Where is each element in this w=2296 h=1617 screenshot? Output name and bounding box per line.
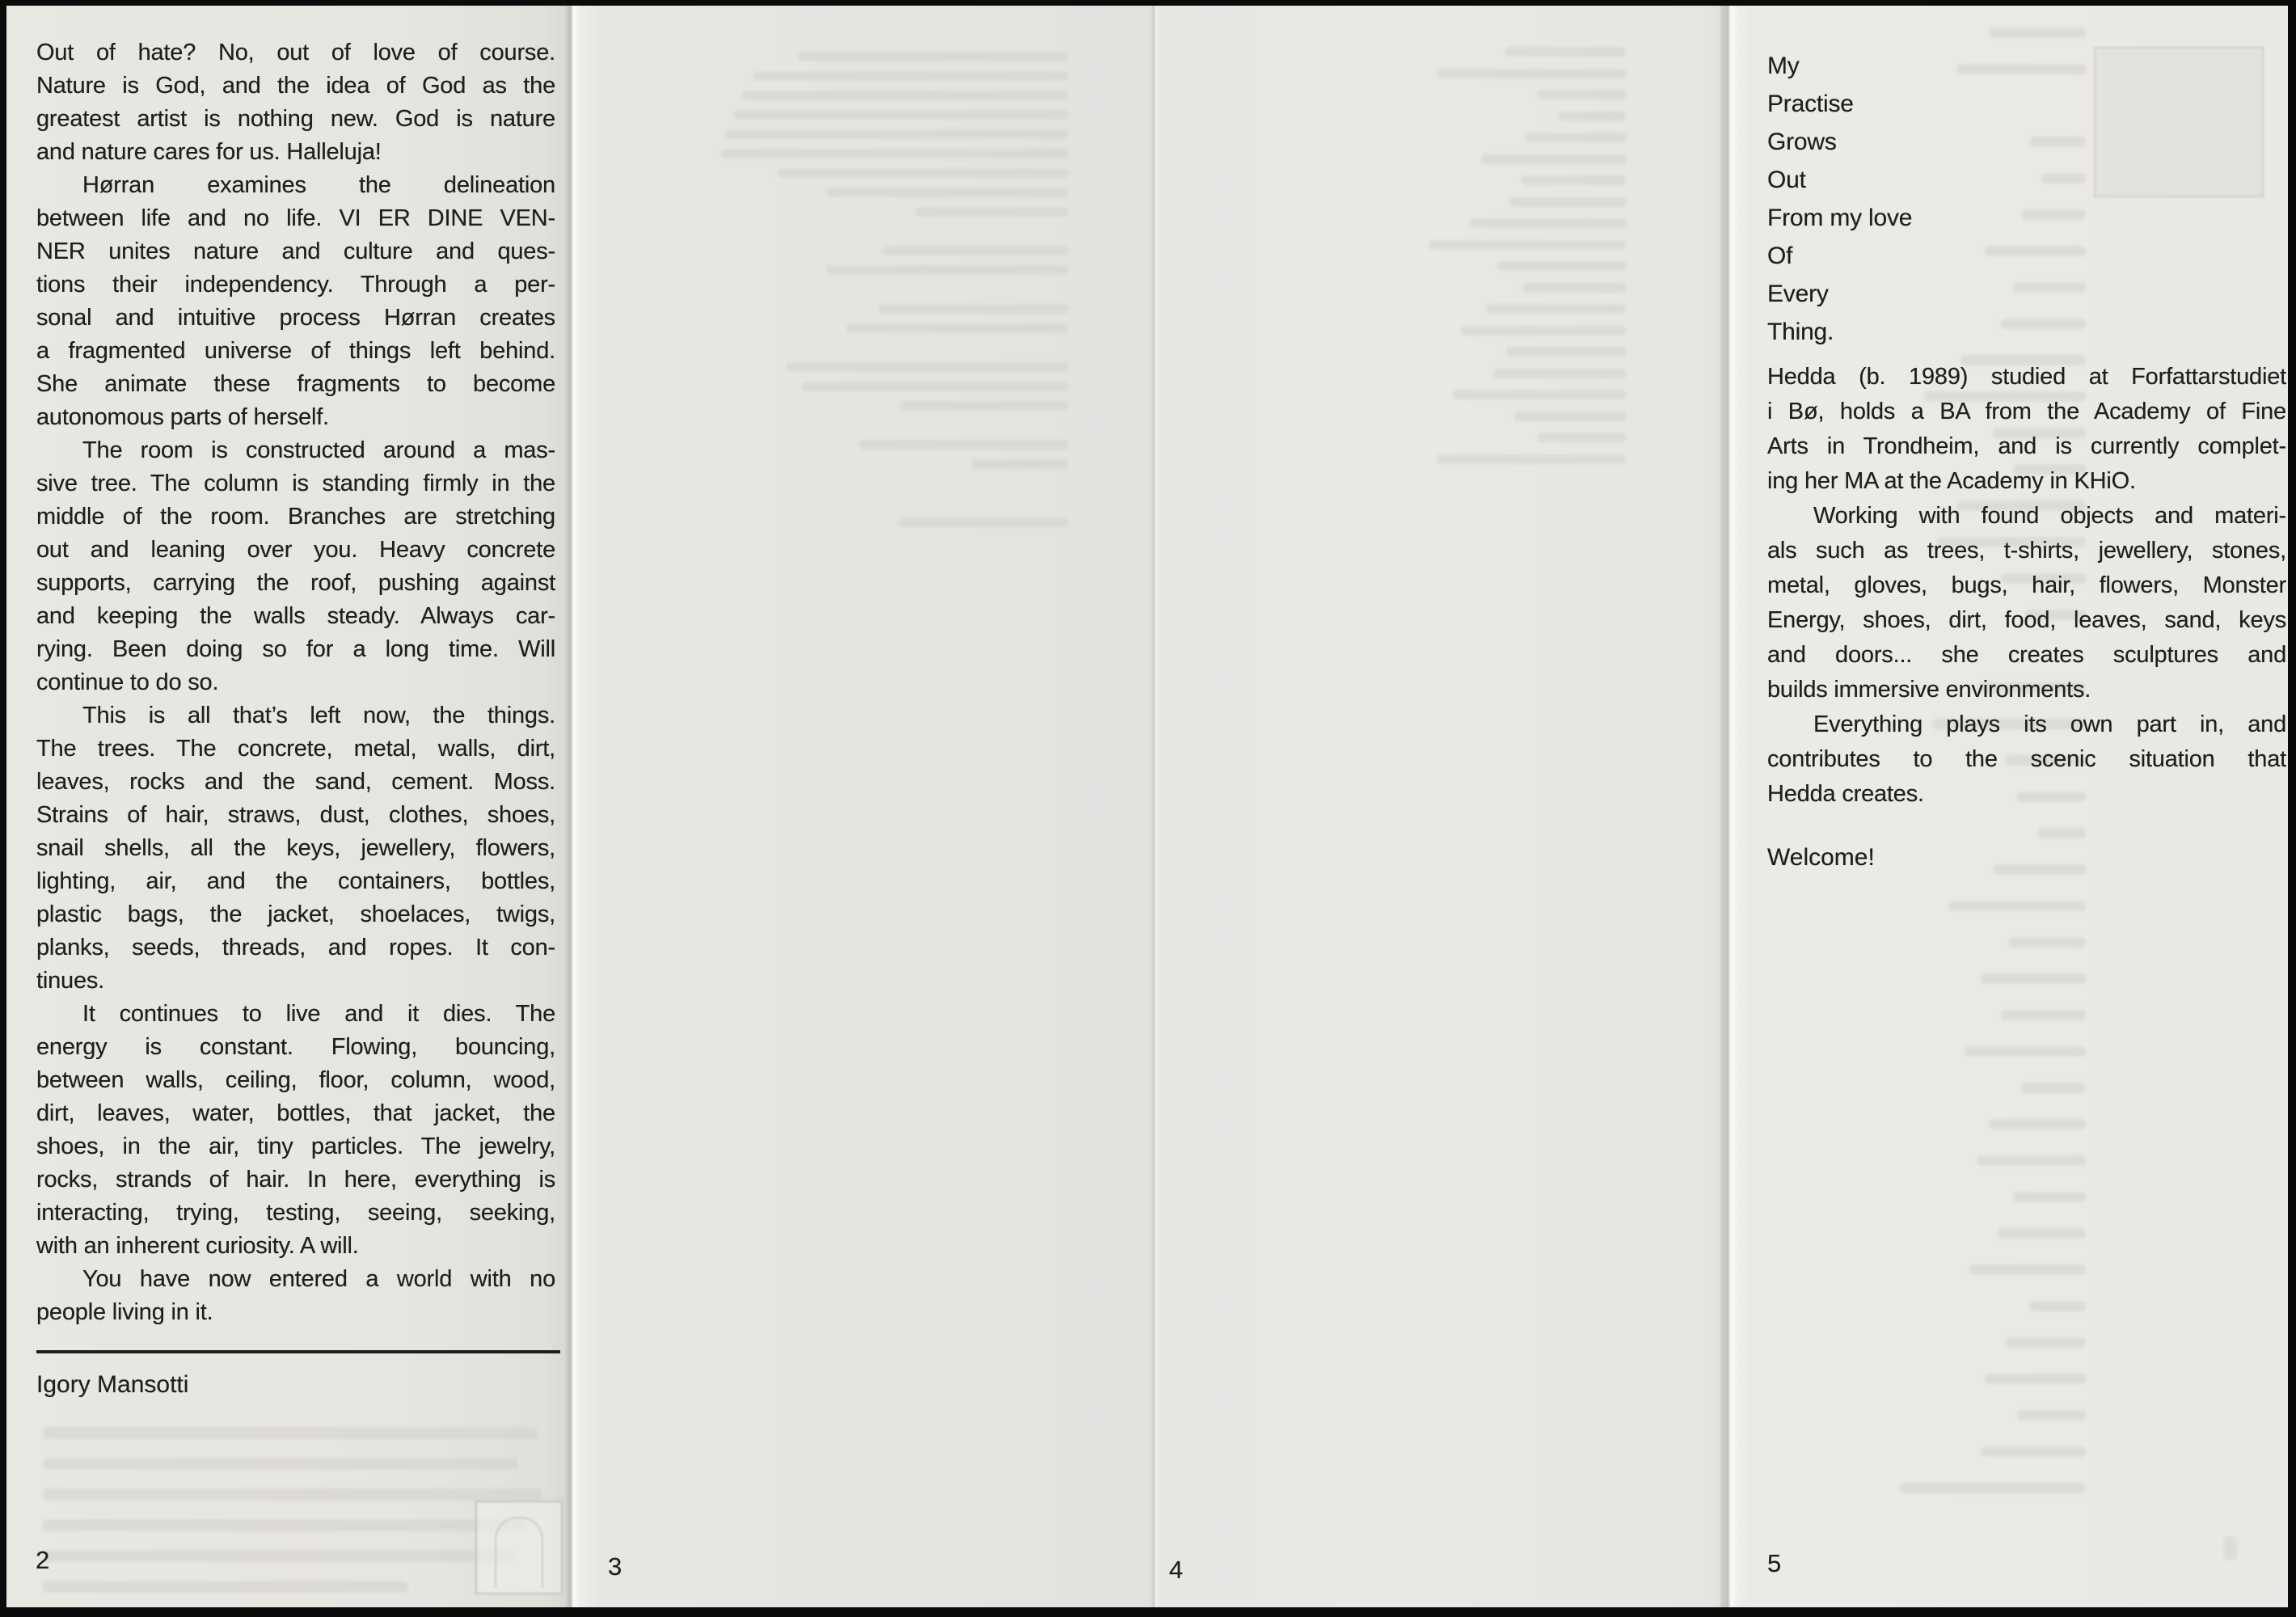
text-line: and nature cares for us. Halleluja! <box>36 136 555 169</box>
text-line: between life and no life. VI ER DINE VEN… <box>36 202 555 235</box>
text-line: The trees. The concrete, metal, walls, d… <box>36 733 555 766</box>
page-number-3: 3 <box>608 1552 622 1581</box>
text-line: tinues. <box>36 965 555 998</box>
text-line: als such as trees, t-shirts, jewellery, … <box>1767 534 2286 568</box>
text-line: a fragmented universe of things left beh… <box>36 335 555 368</box>
text-line: with an inherent curiosity. A will. <box>36 1230 555 1263</box>
text-line: Practise <box>1767 85 1912 123</box>
text-line: people living in it. <box>36 1296 555 1329</box>
text-line: out and leaning over you. Heavy concrete <box>36 534 555 567</box>
text-line: Every <box>1767 275 1912 313</box>
text-line: sonal and intuitive process Hørran creat… <box>36 302 555 335</box>
text-line: Hørran examines the delineation <box>36 169 555 202</box>
text-line: Hedda creates. <box>1767 777 2286 812</box>
text-line: contributes to the scenic situation that <box>1767 742 2286 777</box>
page-5-bio-column: Hedda (b. 1989) studied at Forfattarstud… <box>1767 360 2286 812</box>
page-3-panel <box>571 6 1154 1607</box>
ghost-arch-shape <box>495 1517 543 1588</box>
text-line: It continues to live and it dies. The <box>36 998 555 1031</box>
text-line: and doors... she creates sculptures and <box>1767 638 2286 673</box>
text-line: energy is constant. Flowing, bouncing, <box>36 1031 555 1064</box>
page-number-2: 2 <box>36 1546 49 1575</box>
page-4-panel <box>1154 6 1728 1607</box>
scanned-booklet-spread: Out of hate? No, out of love of course.N… <box>6 6 2288 1607</box>
text-line: From my love <box>1767 199 1912 237</box>
signature-author: Igory Mansotti <box>36 1368 188 1402</box>
text-line: The room is constructed around a mas- <box>36 434 555 467</box>
text-line: builds immersive environments. <box>1767 673 2286 707</box>
text-line: Out <box>1767 161 1912 199</box>
text-line: Arts in Trondheim, and is currently comp… <box>1767 429 2286 464</box>
ghost-image-frame <box>475 1501 563 1594</box>
page-2-text-column: Out of hate? No, out of love of course.N… <box>36 36 555 1329</box>
text-line: My <box>1767 47 1912 85</box>
text-line: Working with found objects and materi- <box>1767 499 2286 534</box>
text-line: tions their independency. Through a per- <box>36 268 555 302</box>
text-line: This is all that’s left now, the things. <box>36 699 555 733</box>
page-5-poem: MyPractiseGrowsOutFrom my loveOfEveryThi… <box>1767 47 1912 351</box>
text-line: Out of hate? No, out of love of course. <box>36 36 555 70</box>
text-line: interacting, trying, testing, seeing, se… <box>36 1197 555 1230</box>
text-line: Energy, shoes, dirt, food, leaves, sand,… <box>1767 603 2286 638</box>
text-line: Nature is God, and the idea of God as th… <box>36 70 555 103</box>
text-line: and keeping the walls steady. Always car… <box>36 600 555 633</box>
text-line: i Bø, holds a BA from the Academy of Fin… <box>1767 395 2286 429</box>
text-line: Everything plays its own part in, and <box>1767 707 2286 742</box>
text-line: metal, gloves, bugs, hair, flowers, Mons… <box>1767 568 2286 603</box>
signature-rule <box>36 1350 560 1353</box>
text-line: Of <box>1767 237 1912 275</box>
text-line: Grows <box>1767 123 1912 161</box>
text-line: greatest artist is nothing new. God is n… <box>36 103 555 136</box>
welcome-text: Welcome! <box>1767 841 1875 875</box>
text-line: continue to do so. <box>36 666 555 699</box>
text-line: middle of the room. Branches are stretch… <box>36 500 555 534</box>
ghost-page-number-mark <box>2223 1536 2238 1560</box>
text-line: Strains of hair, straws, dust, clothes, … <box>36 799 555 832</box>
text-line: She animate these fragments to become <box>36 368 555 401</box>
text-line: between walls, ceiling, floor, column, w… <box>36 1064 555 1097</box>
text-line: You have now entered a world with no <box>36 1263 555 1296</box>
text-line: shoes, in the air, tiny particles. The j… <box>36 1130 555 1163</box>
text-line: rocks, strands of hair. In here, everyth… <box>36 1163 555 1197</box>
ghost-image-square <box>2094 47 2264 197</box>
text-line: rying. Been doing so for a long time. Wi… <box>36 633 555 666</box>
text-line: Thing. <box>1767 313 1912 351</box>
text-line: dirt, leaves, water, bottles, that jacke… <box>36 1097 555 1130</box>
page-number-5: 5 <box>1767 1549 1781 1578</box>
text-line: snail shells, all the keys, jewellery, f… <box>36 832 555 865</box>
text-line: plastic bags, the jacket, shoelaces, twi… <box>36 898 555 931</box>
text-line: autonomous parts of herself. <box>36 401 555 434</box>
text-line: planks, seeds, threads, and ropes. It co… <box>36 931 555 965</box>
text-line: Hedda (b. 1989) studied at Forfattarstud… <box>1767 360 2286 395</box>
text-line: NER unites nature and culture and ques- <box>36 235 555 268</box>
text-line: supports, carrying the roof, pushing aga… <box>36 567 555 600</box>
text-line: leaves, rocks and the sand, cement. Moss… <box>36 766 555 799</box>
text-line: lighting, air, and the containers, bottl… <box>36 865 555 898</box>
text-line: ing her MA at the Academy in KHiO. <box>1767 464 2286 499</box>
page-number-4: 4 <box>1169 1556 1183 1585</box>
text-line: sive tree. The column is standing firmly… <box>36 467 555 500</box>
